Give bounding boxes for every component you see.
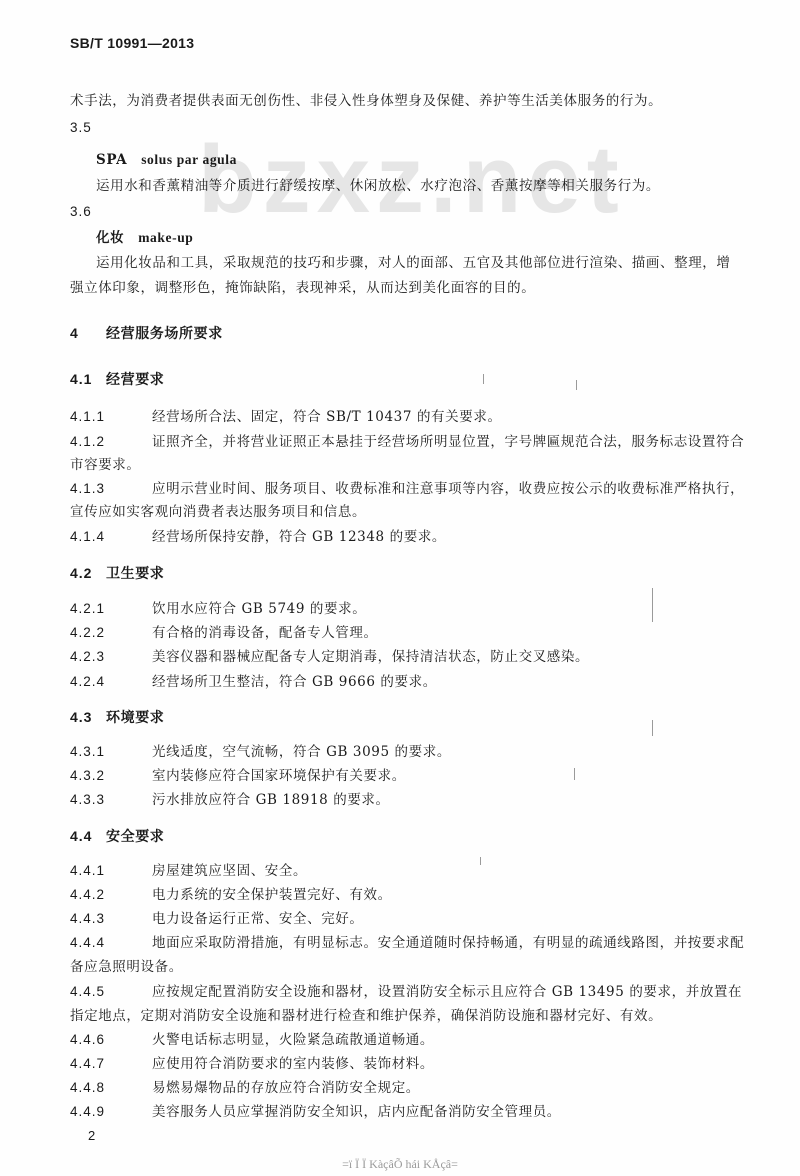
standard-code-header: SB/T 10991—2013 (70, 34, 194, 52)
clause: 4.4.3电力设备运行正常、安全、完好。 (70, 910, 364, 928)
page-number: 2 (88, 1128, 95, 1143)
clause: 4.1.2证照齐全，并将营业证照正本悬挂于经营场所明显位置，字号牌匾规范合法，服… (70, 433, 744, 451)
clause: 4.3.3污水排放应符合 GB 18918 的要求。 (70, 791, 390, 809)
clause-cont: 备应急照明设备。 (70, 958, 183, 976)
term-number: 3.6 (70, 203, 92, 221)
clause: 4.3.1光线适度，空气流畅，符合 GB 3095 的要求。 (70, 743, 451, 761)
continuation-text: 术手法，为消费者提供表面无创伤性、非侵入性身体塑身及保健、养护等生活美体服务的行… (70, 92, 662, 110)
term-definition: 运用水和香薰精油等介质进行舒缓按摩、休闲放松、水疗泡浴、香薰按摩等相关服务行为。 (96, 177, 660, 195)
clause: 4.3.2室内装修应符合国家环境保护有关要求。 (70, 767, 406, 785)
clause: 4.2.1饮用水应符合 GB 5749 的要求。 (70, 600, 366, 618)
clause: 4.1.4经营场所保持安静，符合 GB 12348 的要求。 (70, 528, 446, 546)
term-number: 3.5 (70, 119, 92, 137)
scan-artifact (652, 720, 653, 736)
clause: 4.2.4经营场所卫生整洁，符合 GB 9666 的要求。 (70, 673, 437, 691)
subsection-heading: 4.1经营要求 (70, 370, 164, 388)
clause-cont: 市容要求。 (70, 456, 141, 474)
scan-artifact (480, 857, 481, 865)
clause: 4.4.7应使用符合消防要求的室内装修、装饰材料。 (70, 1055, 434, 1073)
clause: 4.4.8易燃易爆物品的存放应符合消防安全规定。 (70, 1079, 420, 1097)
document-page: bzxz.net SB/T 10991—2013 术手法，为消费者提供表面无创伤… (0, 0, 800, 1176)
clause: 4.4.5应按规定配置消防安全设施和器材，设置消防安全标示且应符合 GB 134… (70, 983, 742, 1001)
scan-artifact (652, 588, 653, 622)
clause: 4.2.2有合格的消毒设备，配备专人管理。 (70, 624, 378, 642)
clause-cont: 宣传应如实客观向消费者表达服务项目和信息。 (70, 503, 366, 521)
term-title: 化妆make-up (96, 229, 193, 247)
section-heading: 4经营服务场所要求 (70, 324, 223, 342)
clause-cont: 指定地点，定期对消防安全设施和器材进行检查和维护保养，确保消防设施和器材完好、有… (70, 1007, 662, 1025)
subsection-heading: 4.3环境要求 (70, 708, 164, 726)
subsection-heading: 4.4安全要求 (70, 827, 164, 845)
clause: 4.4.9美容服务人员应掌握消防安全知识，店内应配备消防安全管理员。 (70, 1103, 561, 1121)
scan-artifact (483, 374, 484, 384)
scan-artifact (574, 768, 575, 780)
clause: 4.2.3美容仪器和器械应配备专人定期消毒，保持清洁状态，防止交叉感染。 (70, 648, 589, 666)
scan-artifact (576, 380, 577, 390)
clause: 4.4.6火警电话标志明显，火险紧急疏散通道畅通。 (70, 1031, 434, 1049)
footer-garbled-text: =ï Ï Ï KàçâÕ hái KÅçâ= (0, 1157, 800, 1172)
clause: 4.4.2电力系统的安全保护装置完好、有效。 (70, 886, 392, 904)
term-title: SPAsolus par agula (96, 151, 237, 169)
term-definition: 运用化妆品和工具，采取规范的技巧和步骤，对人的面部、五官及其他部位进行渲染、描画… (96, 254, 731, 272)
clause: 4.4.4地面应采取防滑措施，有明显标志。安全通道随时保持畅通，有明显的疏通线路… (70, 934, 744, 952)
clause: 4.1.3应明示营业时间、服务项目、收费标准和注意事项等内容，收费应按公示的收费… (70, 480, 744, 498)
clause: 4.1.1经营场所合法、固定，符合 SB/T 10437 的有关要求。 (70, 408, 502, 426)
term-definition-cont: 强立体印象，调整形色，掩饰缺陷，表现神采，从而达到美化面容的目的。 (70, 279, 535, 297)
clause: 4.4.1房屋建筑应坚固、安全。 (70, 862, 307, 880)
subsection-heading: 4.2卫生要求 (70, 564, 164, 582)
